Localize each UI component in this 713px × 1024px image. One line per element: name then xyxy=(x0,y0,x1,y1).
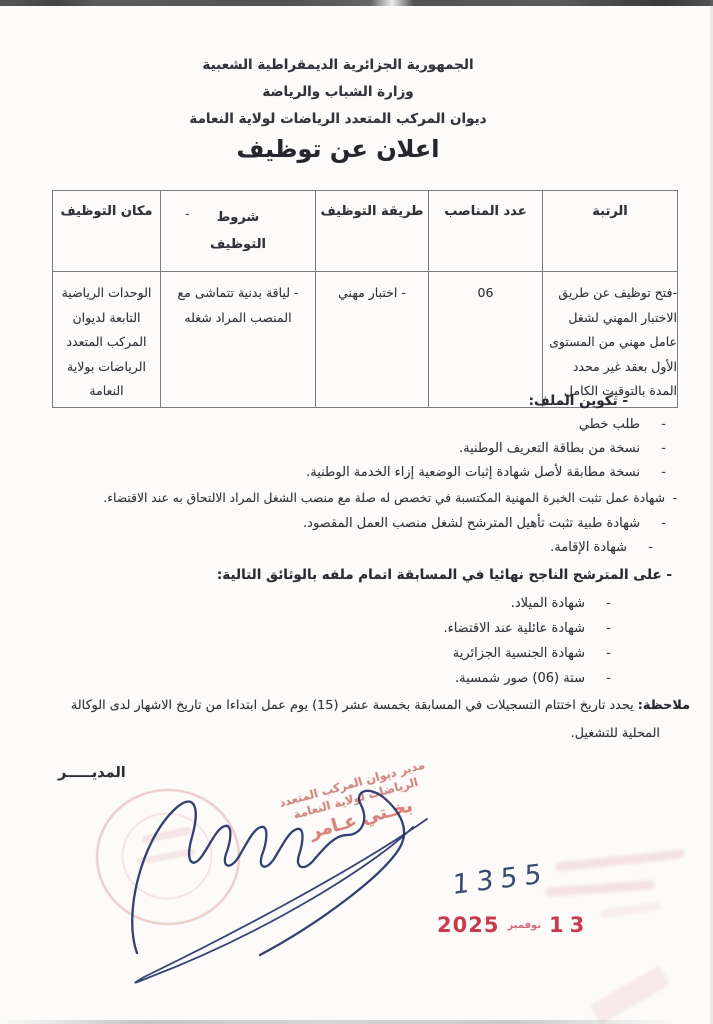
cell-location: الوحدات الرياضية التابعة لديوان المركب ا… xyxy=(53,272,161,408)
dash-bullet: - xyxy=(640,441,666,456)
dash-bullet: - xyxy=(585,646,611,661)
document-page: الجمهورية الجزائرية الديمقراطية الشعبية … xyxy=(0,0,713,1024)
list-item: - نسخة من بطاقة التعريف الوطنية. xyxy=(459,441,666,456)
page-title: اعلان عن توظيف xyxy=(0,135,676,163)
list-item: - شهادة طبية تثبت تأهيل المترشح لشغل منص… xyxy=(303,516,666,531)
faint-stamp-mark xyxy=(545,880,655,897)
dash-bullet: - xyxy=(640,465,666,480)
faint-stamp-mark xyxy=(555,849,685,872)
cell-positions: 06 xyxy=(429,272,543,408)
list-item: - شهادة عمل تثبت الخبرة المهنية المكتسبة… xyxy=(103,491,677,505)
letterhead: الجمهورية الجزائرية الديمقراطية الشعبية … xyxy=(0,57,676,163)
ministry-line: وزارة الشباب والرياضة xyxy=(0,84,676,100)
list-item: - طلب خطي xyxy=(579,417,666,432)
table-header-row: الرتبة عدد المناصب طريقة التوظيف - شروط … xyxy=(53,191,678,272)
dash-bullet: - xyxy=(585,671,611,686)
cell-conditions: - لياقة بدنية تتماشى مع المنصب المراد شغ… xyxy=(161,272,316,408)
dash-bullet: - xyxy=(665,491,677,505)
list-item: - شهادة الإقامة. xyxy=(550,540,653,555)
dash-bullet: - xyxy=(627,540,653,555)
republic-line: الجمهورية الجزائرية الديمقراطية الشعبية xyxy=(0,57,676,73)
office-line: ديوان المركب المتعدد الرياضات لولاية الن… xyxy=(0,111,676,127)
dash-bullet: - xyxy=(640,516,666,531)
final-section-heading: - على المترشح الناجح نهائيا في المسابقة … xyxy=(217,567,672,583)
note-line-2: المحلية للتشغيل. xyxy=(571,726,660,741)
header-rank: الرتبة xyxy=(543,191,678,272)
header-method: طريقة التوظيف xyxy=(316,191,429,272)
faint-stamp-mark xyxy=(590,965,670,1024)
dash-bullet: - xyxy=(640,417,666,432)
list-item: - نسخة مطابقة لأصل شهادة إثبات الوضعية إ… xyxy=(306,465,666,480)
dash-bullet: - xyxy=(585,596,611,611)
header-location: مكان التوظيف xyxy=(53,191,161,272)
file-section-heading: - تكوين الملف: xyxy=(529,393,628,409)
date-stamp-month: نوفمبر xyxy=(507,920,541,931)
dash-bullet: - xyxy=(585,621,611,636)
cell-method: - اختبار مهني xyxy=(316,272,429,408)
table-row: -فتح توظيف عن طريق الاختبار المهني لشغل … xyxy=(53,272,678,408)
note-line-1: ملاحظة: يحدد تاريخ اختتام التسجيلات في ا… xyxy=(71,698,690,713)
date-stamp: 2025 نوفمبر 13 xyxy=(437,913,590,937)
handwritten-signature xyxy=(95,775,485,990)
faint-stamp-mark xyxy=(600,902,661,918)
date-stamp-year: 2025 xyxy=(437,913,499,937)
recruitment-table: الرتبة عدد المناصب طريقة التوظيف - شروط … xyxy=(52,190,678,408)
list-item: - شهادة عائلية عند الاقتضاء. xyxy=(443,621,611,636)
cell-rank: -فتح توظيف عن طريق الاختبار المهني لشغل … xyxy=(543,272,678,408)
list-item: - شهادة الجنسية الجزائرية xyxy=(453,646,611,661)
scan-edge-top xyxy=(0,0,713,6)
list-item: - شهادة الميلاد. xyxy=(511,596,611,611)
note-label: ملاحظة: xyxy=(638,698,690,713)
stray-dash-mark: - xyxy=(185,207,190,222)
header-positions: عدد المناصب xyxy=(429,191,543,272)
list-item: - ستة (06) صور شمسية. xyxy=(455,671,611,686)
header-conditions: - شروط التوظيف xyxy=(161,191,316,272)
date-stamp-day: 13 xyxy=(549,913,590,937)
